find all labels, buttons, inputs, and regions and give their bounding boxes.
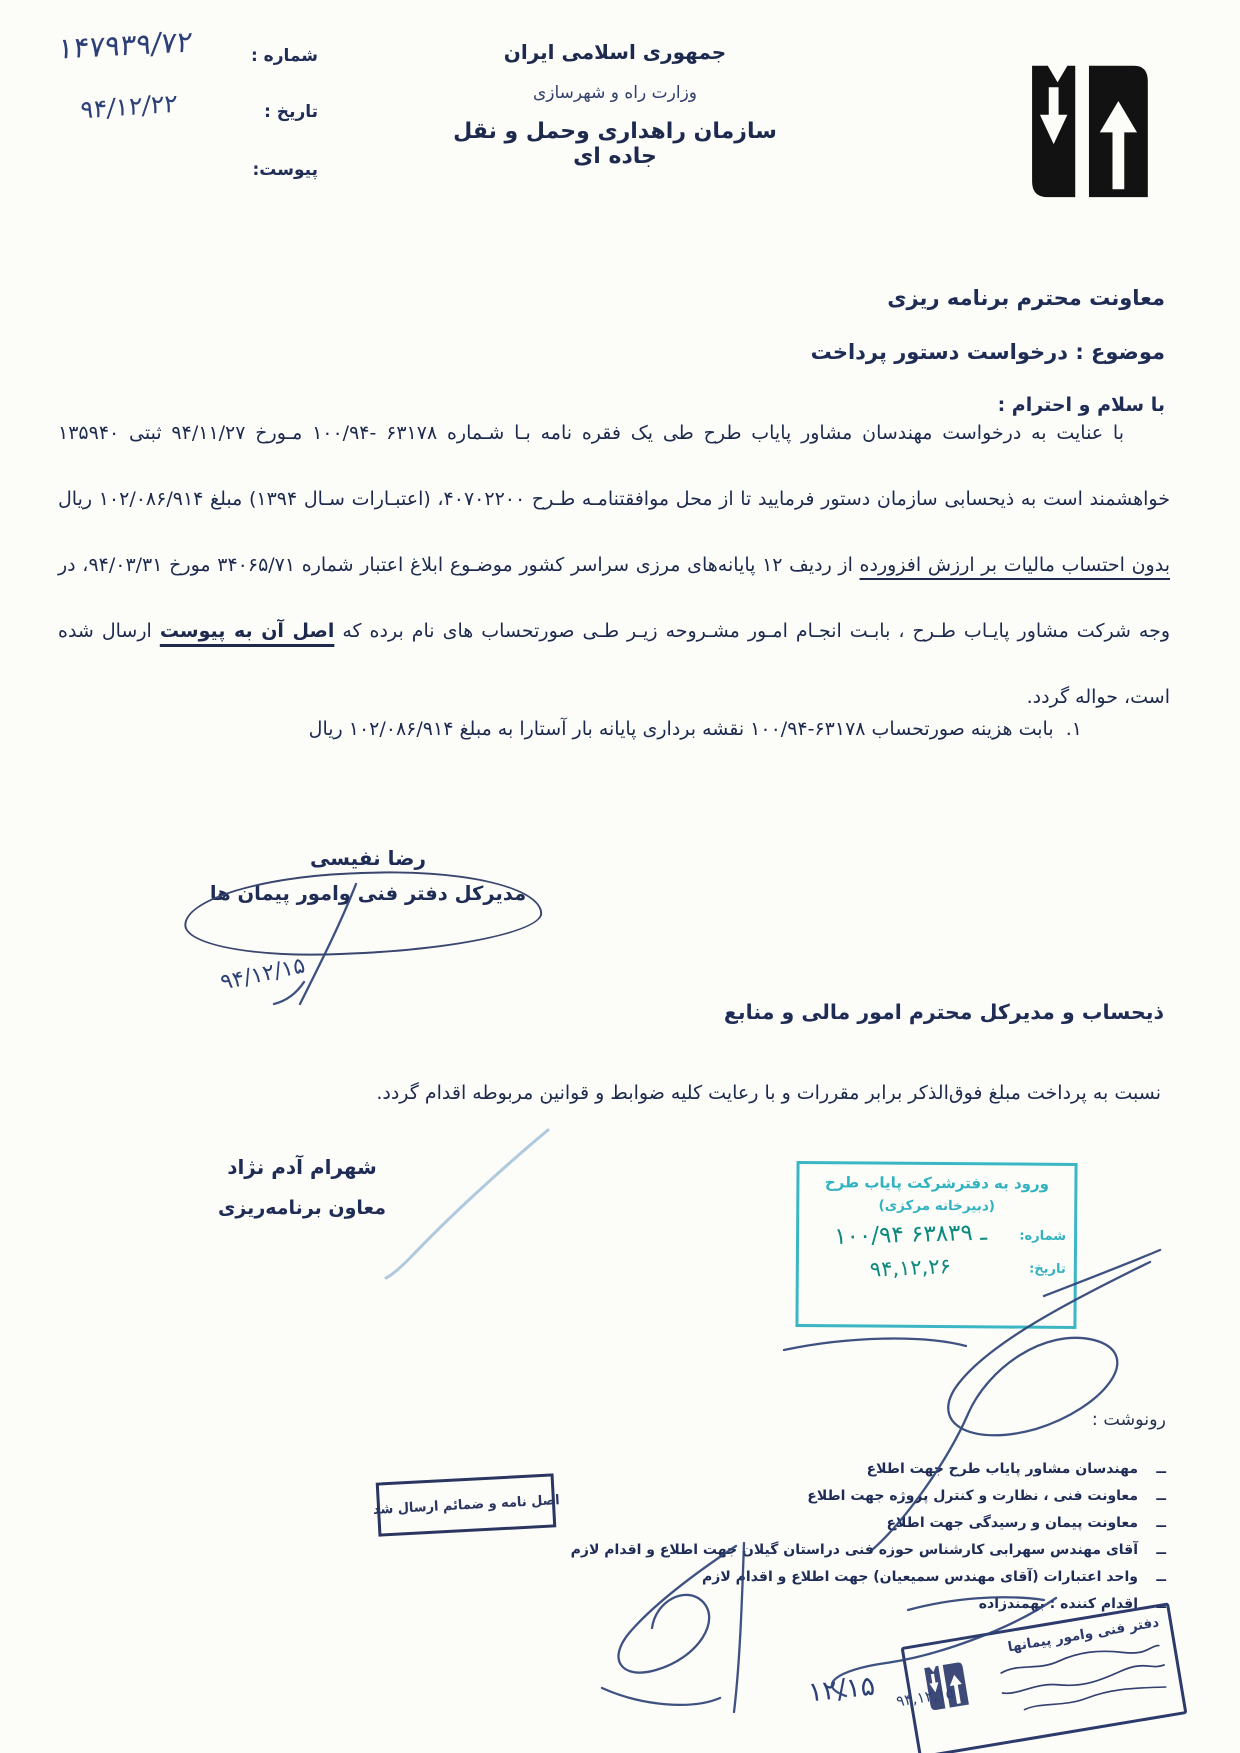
item-text-2: نقشه برداری پایانه بار آستارا به مبلغ ۱۰… [309, 718, 751, 740]
cc-dash: ــ [1150, 1564, 1166, 1591]
signature1-pen-hook [274, 982, 304, 1004]
finance-instruction: نسبت به پرداخت مبلغ فوق‌الذکر برابر مقرر… [376, 1082, 1161, 1104]
cc-dash: ــ [1150, 1510, 1166, 1537]
cc-item: ــآقای مهندس سهرابی کارشناس حوزه فنی درا… [571, 1537, 1166, 1564]
entry-stamp-date-handwritten: ۹۴,۱۲,۲۶ [806, 1251, 1014, 1284]
org-header: جمهوری اسلامی ایران وزارت راه و شهرسازی … [430, 40, 800, 169]
signature1-date-handwritten: ۹۴/۱۲/۱۵ [218, 953, 307, 995]
entry-stamp-date-row: تاریخ: ۹۴,۱۲,۲۶ [799, 1255, 1074, 1281]
invoice-number: ۱۰۰/۹۴-۶۳۱۷۸ [750, 718, 865, 740]
payment-item-1: ۱. بابت هزینه صورتحساب ۱۰۰/۹۴-۶۳۱۷۸ نقشه… [309, 718, 1082, 740]
cc-item: ــمعاونت فنی ، نظارت و کنترل پروژه جهت ا… [571, 1483, 1166, 1510]
attachment-label: پیوست: [253, 160, 319, 180]
attachment-emphasis: اصل آن به پیوست [160, 620, 335, 642]
signer2-name: شهرام آدم نژاد [188, 1155, 416, 1179]
cc-dash: ــ [1150, 1456, 1166, 1483]
vat-exclusion-underlined: بدون احتساب مالیات بر ارزش افزورده [860, 554, 1170, 576]
entry-stamp-subtitle: (دبیرخانه مرکزی) [799, 1197, 1074, 1215]
cc-dash: ــ [1150, 1483, 1166, 1510]
item-index: ۱. [1066, 718, 1082, 740]
entry-stamp-number-row: شماره: ۱۰۰/۹۴ ـ ۶۳۸۳۹ [799, 1221, 1074, 1249]
signer1-name: رضا نفیسی [198, 846, 538, 870]
referenced-letter-number: ۱۰۰/۹۴- ۶۳۱۷۸ [312, 422, 437, 444]
entry-stamp-number-handwritten: ۱۰۰/۹۴ ـ ۶۳۸۳۹ [807, 1219, 1015, 1251]
cc-item: ــمهندسان مشاور پایاب طرح جهت اطلاع [571, 1456, 1166, 1483]
cc-strike-line [784, 1339, 966, 1350]
body-text-1: با عنایت به درخواست مهندسان مشاور پایاب … [437, 422, 1124, 444]
original-sent-stamp-text: اصل نامه و ضمائم ارسال شد [372, 1492, 559, 1518]
cc-list: ــمهندسان مشاور پایاب طرح جهت اطلاع ــمع… [571, 1456, 1166, 1618]
entry-stamp: ورود به دفترشرکت پایاب طرح (دبیرخانه مرک… [795, 1161, 1077, 1329]
letter-date-handwritten: ۹۴/۱۲/۲۲ [80, 89, 178, 125]
org-name-line2: وزارت راه و شهرسازی [430, 83, 800, 103]
entry-stamp-date-label: تاریخ: [1014, 1261, 1066, 1276]
original-sent-stamp: اصل نامه و ضمائم ارسال شد [376, 1473, 557, 1536]
cc-item: ــواحد اعتبارات (آقای مهندس سمیعیان) جهت… [571, 1564, 1166, 1591]
letter-date-label: تاریخ : [264, 102, 318, 122]
cc-item: ــمعاونت پیمان و رسیدگی جهت اطلاع [571, 1510, 1166, 1537]
cc-item-text: آقای مهندس سهرابی کارشناس حوزه فنی دراست… [571, 1537, 1138, 1564]
bottom-signature-underline [602, 1688, 720, 1705]
road-transport-logo-icon [1018, 52, 1156, 204]
entry-stamp-number-label: شماره: [1014, 1228, 1066, 1243]
office-stamp: دفتر فنی وامور پیمانها [901, 1602, 1188, 1753]
cc-dash: ــ [1150, 1537, 1166, 1564]
scanned-letter-page: شماره : ۱۴۷۹۳۹/۷۲ تاریخ : ۹۴/۱۲/۲۲ پیوست… [0, 0, 1240, 1753]
org-name-line1: جمهوری اسلامی ایران [430, 40, 800, 64]
cc-section: رونوشت : ــمهندسان مشاور پایاب طرح جهت ا… [571, 1410, 1166, 1618]
subject-line: موضوع : درخواست دستور پرداخت [811, 340, 1165, 364]
letter-number-handwritten: ۱۴۷۹۳۹/۷۲ [57, 24, 194, 65]
signature-block-2: شهرام آدم نژاد معاون برنامه‌ریزی [188, 1155, 416, 1219]
signer2-title: معاون برنامه‌ریزی [188, 1197, 416, 1219]
org-logo [1018, 52, 1156, 204]
cc-item-text: معاونت پیمان و رسیدگی جهت اطلاع [886, 1510, 1138, 1537]
entry-stamp-title: ورود به دفترشرکت پایاب طرح [799, 1173, 1074, 1193]
cc-heading: رونوشت : [571, 1410, 1166, 1430]
letter-number-label: شماره : [251, 46, 318, 66]
body-paragraph: با عنایت به درخواست مهندسان مشاور پایاب … [58, 400, 1170, 730]
item-text-1: بابت هزینه صورتحساب [865, 718, 1053, 740]
org-name-line3: سازمان راهداری وحمل و نقل جاده ای [430, 119, 800, 169]
office-stamp-text: دفتر فنی وامور پیمانها [972, 1614, 1173, 1737]
cc-item: ــاقدام کننده : بهمندزاده [571, 1591, 1166, 1618]
addressee-line: معاونت محترم برنامه ریزی [887, 286, 1165, 310]
cc-item-text: واحد اعتبارات (آقای مهندس سمیعیان) جهت ا… [702, 1564, 1138, 1591]
finance-heading: ذیحساب و مدیرکل محترم امور مالی و منابع [724, 1000, 1164, 1024]
cc-item-text: مهندسان مشاور پایاب طرح جهت اطلاع [867, 1456, 1138, 1483]
margin-date-note-handwritten: ۱۲/۱۵ [807, 1671, 877, 1709]
cc-item-text: معاونت فنی ، نظارت و کنترل پروژه جهت اطل… [807, 1483, 1138, 1510]
